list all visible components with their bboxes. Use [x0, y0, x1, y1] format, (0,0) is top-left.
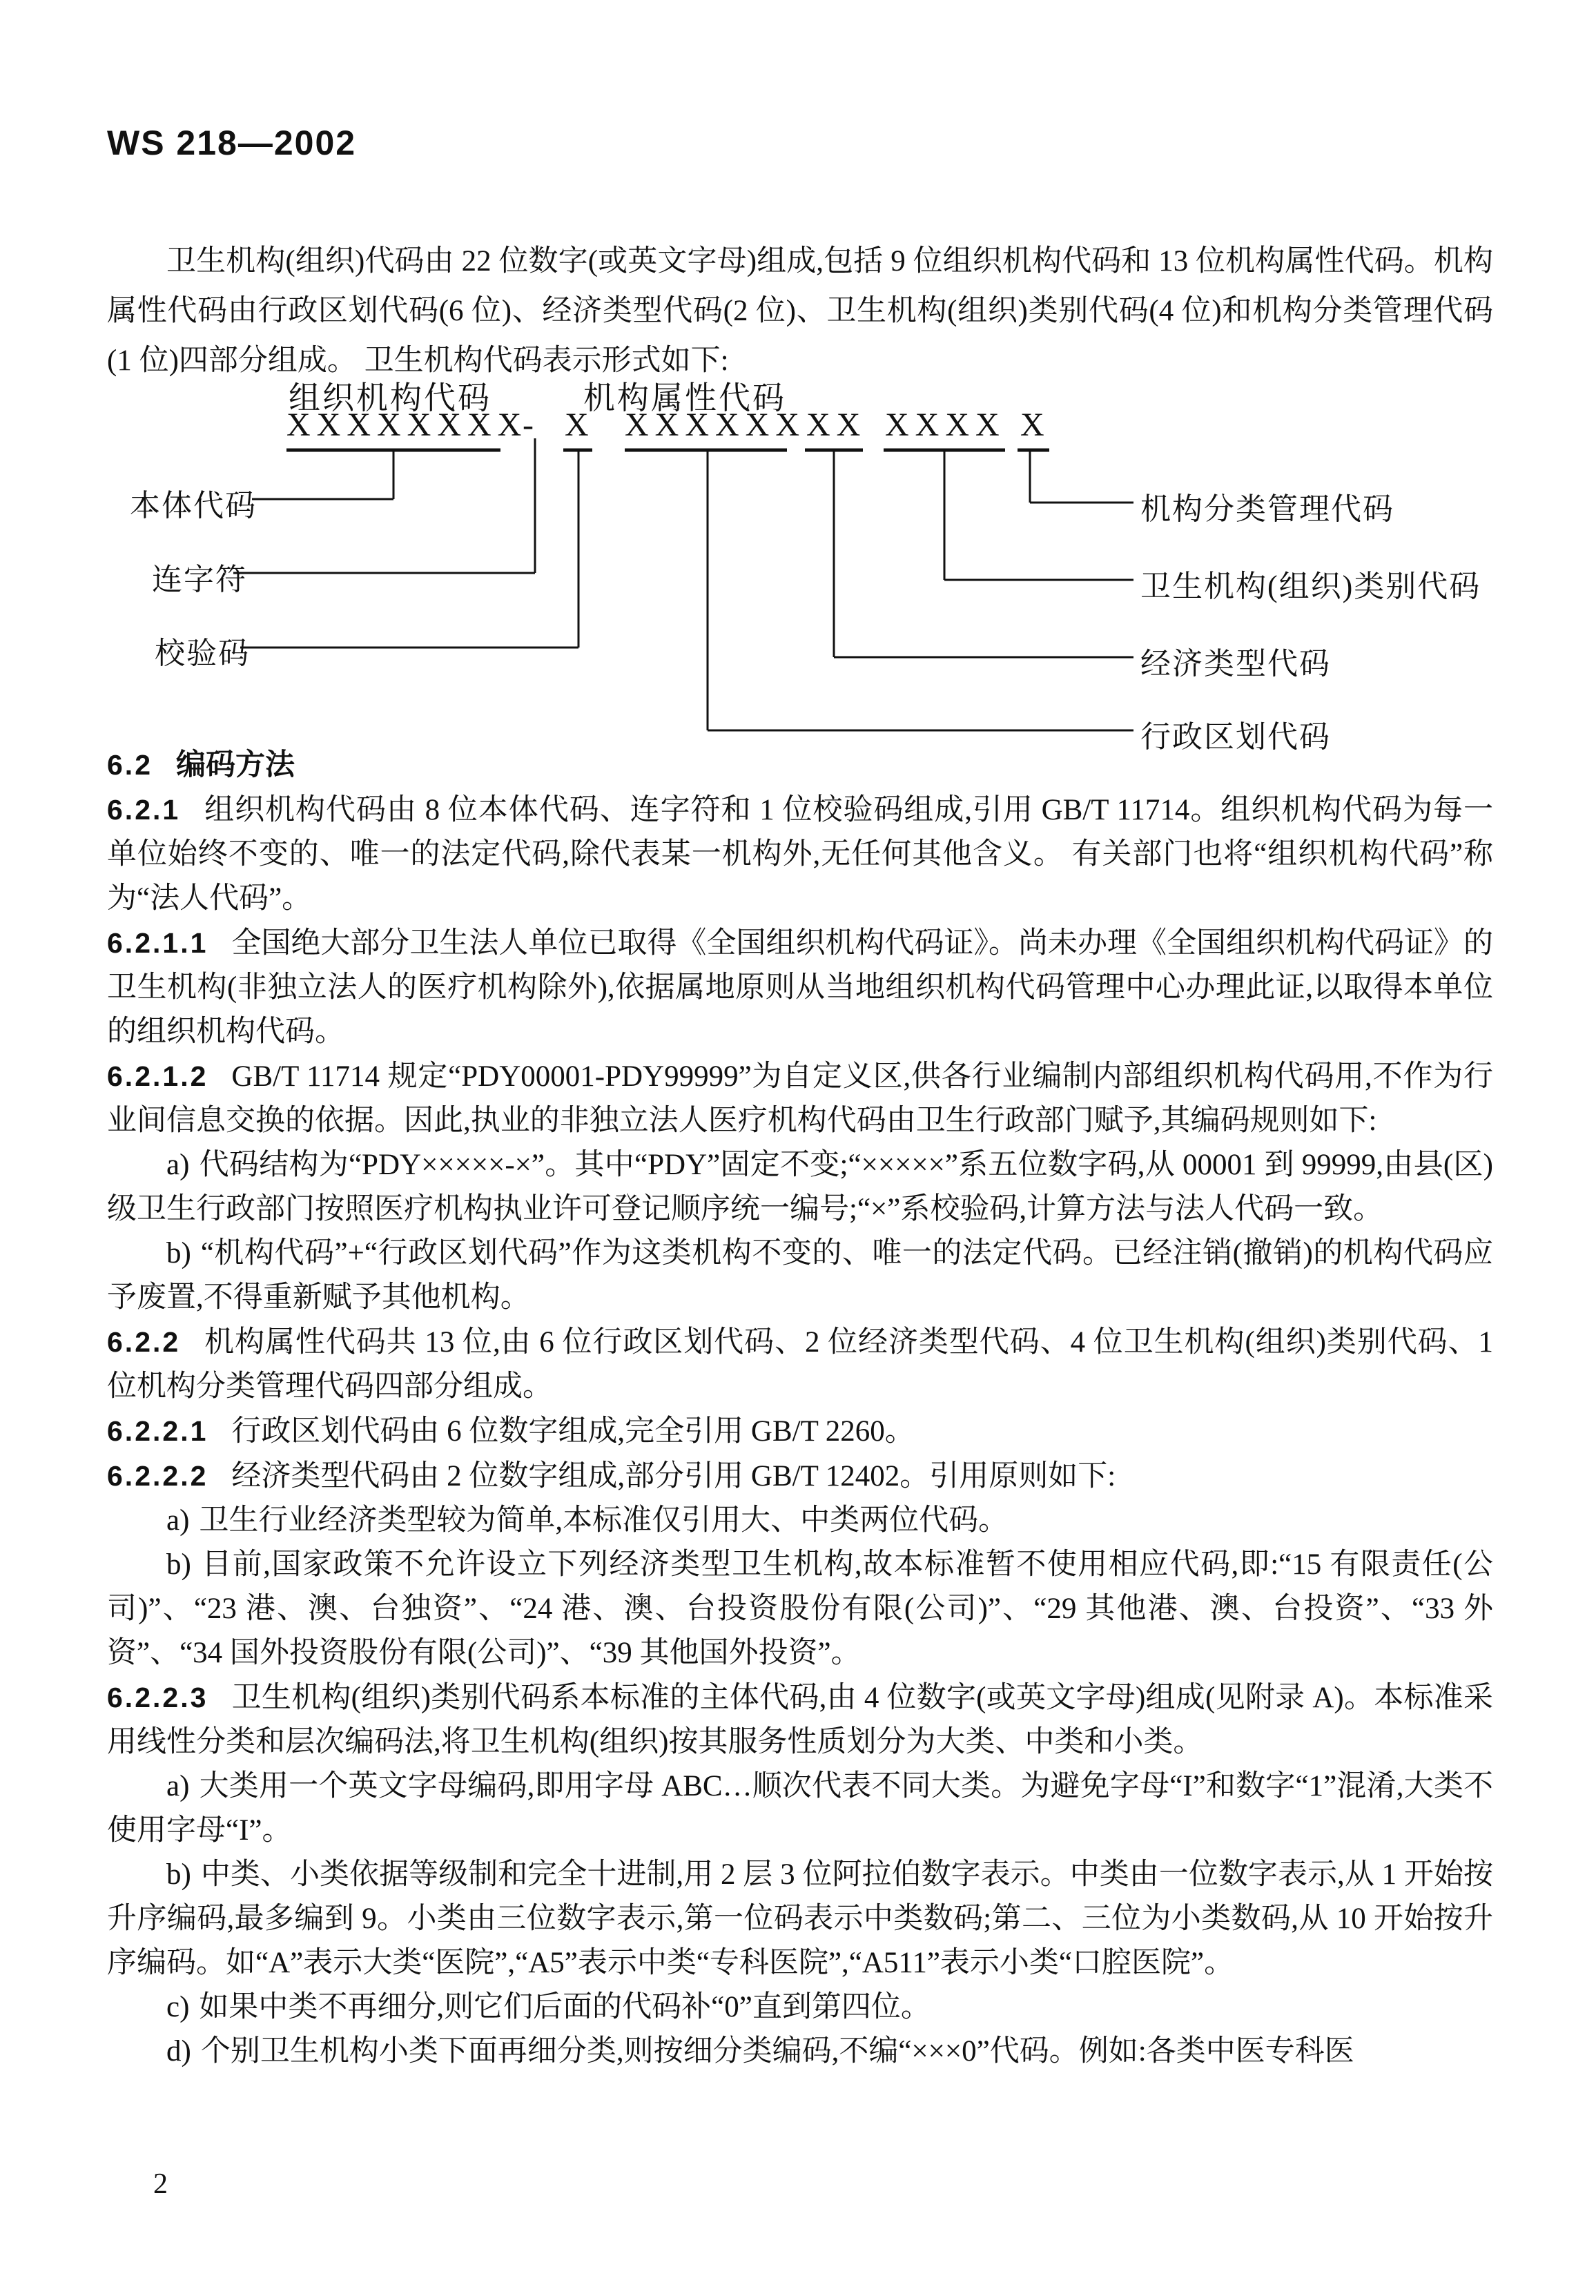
section-text: GB/T 11714 规定“PDY00001-PDY99999”为自定义区,供各… [107, 1060, 1493, 1137]
item-marker: b) [166, 1548, 191, 1581]
item-text: 如果中类不再细分,则它们后面的代码补“0”直到第四位。 [199, 1991, 930, 2023]
section-text: 全国绝大部分卫生法人单位已取得《全国组织机构代码证》。尚未办理《全国组织机构代码… [107, 927, 1493, 1048]
item-d-subdivision: d)个别卫生机构小类下面再细分类,则按细分类编码,不编“×××0”代码。例如:各… [107, 2030, 1493, 2074]
item-b-legal-code: b)“机构代码”+“行政区划代码”作为这类机构不变的、唯一的法定代码。已经注销(… [107, 1232, 1493, 1320]
code-group-category: XXXX [885, 406, 1006, 444]
item-a-code-structure: a)代码结构为“PDY×××××-×”。其中“PDY”固定不变;“×××××”系… [107, 1143, 1493, 1232]
item-marker: b) [166, 1858, 191, 1891]
document-page: WS 218—2002 卫生机构(组织)代码由 22 位数字(或英文字母)组成,… [0, 0, 1596, 2296]
item-marker: a) [166, 1149, 189, 1181]
section-6-2-1-1: 6.2.1.1全国绝大部分卫生法人单位已取得《全国组织机构代码证》。尚未办理《全… [107, 921, 1493, 1054]
item-marker: c) [166, 1991, 189, 2023]
section-number: 6.2 [107, 749, 153, 781]
item-a-major-class: a)大类用一个英文字母编码,即用字母 ABC…顺次代表不同大类。为避免字母“I”… [107, 1764, 1493, 1853]
section-6-2-2-2: 6.2.2.2经济类型代码由 2 位数字组成,部分引用 GB/T 12402。引… [107, 1454, 1493, 1499]
section-text: 组织机构代码由 8 位本体代码、连字符和 1 位校验码组成,引用 GB/T 11… [107, 794, 1493, 915]
item-text: 大类用一个英文字母编码,即用字母 ABC…顺次代表不同大类。为避免字母“I”和数… [107, 1770, 1493, 1847]
item-marker: b) [166, 1237, 191, 1269]
section-number: 6.2.2.1 [107, 1415, 208, 1447]
intro-paragraph: 卫生机构(组织)代码由 22 位数字(或英文字母)组成,包括 9 位组织机构代码… [107, 237, 1493, 386]
item-text: 目前,国家政策不允许设立下列经济类型卫生机构,故本标准暂不使用相应代码,即:“1… [107, 1548, 1493, 1669]
section-number: 6.2.1.2 [107, 1060, 208, 1092]
item-text: 个别卫生机构小类下面再细分类,则按细分类编码,不编“×××0”代码。例如:各类中… [201, 2035, 1354, 2068]
code-group-region: XXXXXX [625, 406, 806, 444]
item-text: 代码结构为“PDY×××××-×”。其中“PDY”固定不变;“×××××”系五位… [107, 1149, 1493, 1225]
section-number: 6.2.2 [107, 1326, 180, 1358]
code-group-economy: XX [806, 406, 866, 444]
code-group-hyphen: - [523, 406, 540, 444]
code-group-body: XXXXXXXX [286, 406, 527, 444]
section-text: 经济类型代码由 2 位数字组成,部分引用 GB/T 12402。引用原则如下: [231, 1460, 1116, 1492]
main-text: 6.2编码方法 6.2.1组织机构代码由 8 位本体代码、连字符和 1 位校验码… [107, 743, 1493, 2074]
section-6-2-1: 6.2.1组织机构代码由 8 位本体代码、连字符和 1 位校验码组成,引用 GB… [107, 788, 1493, 921]
section-number: 6.2.2.3 [107, 1682, 208, 1713]
section-text: 机构属性代码共 13 位,由 6 位行政区划代码、2 位经济类型代码、4 位卫生… [107, 1326, 1493, 1403]
item-text: “机构代码”+“行政区划代码”作为这类机构不变的、唯一的法定代码。已经注销(撤销… [107, 1237, 1493, 1314]
item-marker: d) [166, 2035, 191, 2068]
label-economy-code: 经济类型代码 [1140, 639, 1331, 683]
section-number: 6.2.1 [107, 794, 180, 826]
section-6-2-2-1: 6.2.2.1行政区划代码由 6 位数字组成,完全引用 GB/T 2260。 [107, 1409, 1493, 1454]
item-marker: a) [166, 1504, 189, 1537]
label-body-code: 本体代码 [130, 480, 257, 525]
code-group-check: X [565, 406, 595, 444]
item-b-mid-small-class: b)中类、小类依据等级制和完全十进制,用 2 层 3 位阿拉伯数字表示。中类由一… [107, 1853, 1493, 1985]
code-group-classmgmt: X [1020, 406, 1051, 444]
section-title: 编码方法 [176, 749, 295, 781]
section-6-2-2-3: 6.2.2.3卫生机构(组织)类别代码系本标准的主体代码,由 4 位数字(或英文… [107, 1675, 1493, 1764]
label-class-mgmt-code: 机构分类管理代码 [1140, 484, 1394, 528]
page-number: 2 [153, 2168, 168, 2201]
item-a-economy-simple: a)卫生行业经济类型较为简单,本标准仅引用大、中类两位代码。 [107, 1499, 1493, 1543]
item-text: 卫生行业经济类型较为简单,本标准仅引用大、中类两位代码。 [199, 1504, 1008, 1537]
code-structure-diagram: 组织机构代码 机构属性代码 XXXXXXXX - X XXXXXX XX XXX… [0, 373, 1596, 763]
section-number: 6.2.2.2 [107, 1460, 208, 1492]
section-text: 卫生机构(组织)类别代码系本标准的主体代码,由 4 位数字(或英文字母)组成(见… [107, 1682, 1493, 1758]
label-category-code: 卫生机构(组织)类别代码 [1140, 561, 1481, 605]
section-number: 6.2.1.1 [107, 927, 208, 959]
section-6-2-1-2: 6.2.1.2GB/T 11714 规定“PDY00001-PDY99999”为… [107, 1054, 1493, 1143]
section-6-2: 6.2编码方法 [107, 743, 1493, 788]
item-b-unused-codes: b)目前,国家政策不允许设立下列经济类型卫生机构,故本标准暂不使用相应代码,即:… [107, 1543, 1493, 1675]
item-c-pad-zero: c)如果中类不再细分,则它们后面的代码补“0”直到第四位。 [107, 1985, 1493, 2030]
standard-number-header: WS 218—2002 [107, 123, 356, 163]
section-text: 行政区划代码由 6 位数字组成,完全引用 GB/T 2260。 [231, 1415, 914, 1448]
item-marker: a) [166, 1770, 189, 1802]
section-6-2-2: 6.2.2机构属性代码共 13 位,由 6 位行政区划代码、2 位经济类型代码、… [107, 1320, 1493, 1409]
label-hyphen: 连字符 [152, 554, 247, 599]
item-text: 中类、小类依据等级制和完全十进制,用 2 层 3 位阿拉伯数字表示。中类由一位数… [107, 1858, 1493, 1979]
label-check-code: 校验码 [155, 628, 250, 672]
